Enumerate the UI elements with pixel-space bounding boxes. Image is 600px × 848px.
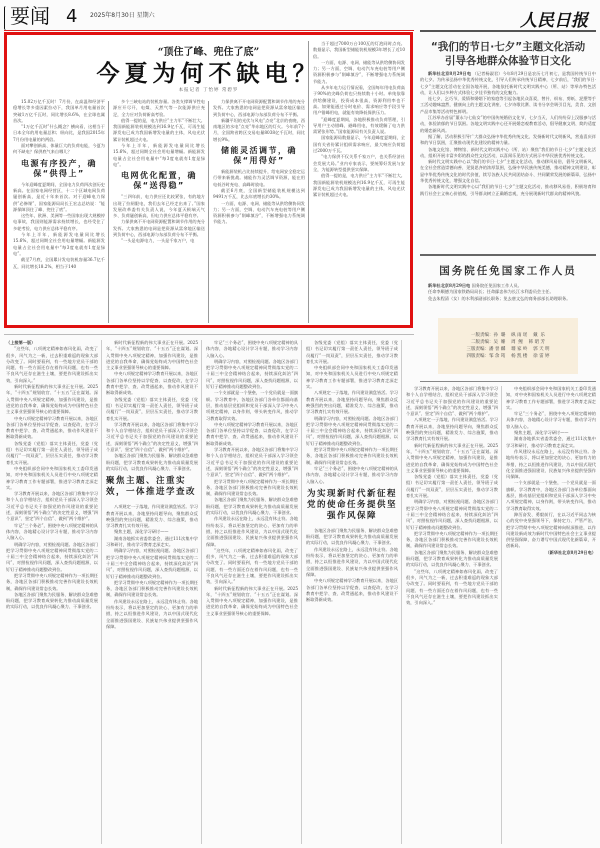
subheading: 储能灵活调节，确保“用得好”: [213, 146, 305, 166]
editor-row: 四版责编：邹 余 筠 杨 凯 楼 徐 雷 婷: [438, 353, 578, 360]
qixi-headline-line1[interactable]: “我们的节日·七夕”主题文化活动: [420, 40, 596, 54]
paragraph: 把学习贯彻中央八项规定精神作为一项长期任务，各地区各部门积极推动完善作风建设长效…: [306, 447, 398, 466]
paragraph: 江苏举办首届“董永与七仙女”的中国传统婚俗文化节，七夕当天，人们纷纷穿上汉服参与…: [420, 115, 596, 134]
lead-column-4: 当于超过7000万台100瓦的灯泡同时点亮。数据显示，我国新型储能装机规模3年增…: [313, 41, 405, 325]
paragraph: 力保供离不开电网资源配置和调节作用的充分发挥。大家熟悉的电网是把资源从富余地区输…: [213, 99, 305, 118]
paragraph: 学习教育开展以来，各地区各部门将集中学习和个人自学相结合，组织党员干部深入学习领…: [106, 422, 198, 453]
paragraph: 新时代新征程新的伟大事业正在开展。2025年，“十四五”规划收官、“十五五”正在…: [206, 586, 298, 617]
paragraph: 免去朱程清（女）的水利部副部长职务；免去唐文弘的商务部部长助理职务。: [420, 296, 596, 302]
paragraph: 八项规定一子落地，作风建设满盘皆活。学习教育开展以来，各地坚持问题导向，聚焦群众…: [106, 504, 198, 529]
paragraph: 明确学习内容，对照检视问题。各地区各部门把学习贯彻中央八项规定精神同贯彻落实党的…: [306, 416, 398, 447]
column-divider: [401, 340, 402, 844]
qixi-headline-line2[interactable]: 引导各地群众体验节日文化: [420, 54, 596, 68]
lower-column-5: 学习教育开展以来，各地区各部门将集中学习和个人自学相结合，组织党员干部深入学习领…: [406, 386, 498, 844]
lead-column-3: 力保供离不开电网资源配置和调节作用的充分发挥。大家熟悉的电网是把资源从富余地区输…: [213, 99, 305, 325]
paragraph: 牢记“三个务必”，围绕中央八项规定精神的具体内容，各地精心设计学习专题，推动学习…: [306, 466, 398, 485]
paragraph: “三四年前，电力供应还比较紧张，有的地方出现了拉闸限电，我们去年已经走出来了。”…: [113, 194, 205, 219]
newspaper-page: 要闻 4 2025年8月30日 星期六 人民日报 “顶住了峰、兜住了底” 今夏为…: [0, 0, 600, 848]
paragraph: 牢记“三个务必”，围绕中央八项规定精神的具体内容，各地精心设计学习专题，推动学习…: [506, 411, 596, 430]
section-rule: [4, 334, 414, 335]
lower-column-3: 牢记“三个务必”，围绕中央八项规定精神的具体内容，各地精心设计学习专题，推动学习…: [206, 340, 298, 844]
dateline: 新华社北京8月29日电: [428, 71, 471, 76]
masthead-rule-gray: [420, 30, 596, 32]
newspaper-logo: 人民日报: [520, 6, 588, 31]
paragraph: 中央组织部会同中央和国家机关工委印发通知，对中央和国家机关人员进行中央八项规定精…: [506, 386, 596, 411]
paragraph: 各地区各部门聚焦为民服务、解决群众急难愁盼问题，把学习教育成果转化为推动高质量发…: [106, 453, 198, 472]
subheading: 电网优化配置，确保“送得稳”: [113, 171, 205, 191]
paragraph: 各地文化馆、博物馆、新时代文明实践中心（所、站）聚焦“我们的节日·七夕”主题文化…: [420, 147, 596, 160]
section-bracket: [4, 6, 8, 30]
paragraph: 各地区各部门聚焦为民服务、解决群众急难愁盼问题，把学习教育成果转化为推动高质量发…: [206, 497, 298, 516]
paragraph: 一方面，电源、电网、储能等从供给侧协同发力；另一方面，空调、电动汽车充电桩等用户…: [313, 60, 405, 85]
editor-row: 二版责编：吴 姗 周 鲤 韩 昭 芳: [438, 339, 578, 346]
paragraph: 今年迎峰度夏期间，全国电力负荷四次创历史新高。在国家电网经营区，十二个区域电网负…: [13, 182, 105, 213]
masthead: 要闻 4 2025年8月30日 星期六 人民日报: [4, 4, 596, 28]
paragraph: 国务院任免国家工作人员。: [472, 283, 522, 288]
paragraph: 中央八项规定精神学习教育开展以来，各地区各部门各单位坚持以学促查、以查促改，在学…: [6, 416, 98, 441]
paragraph: 值得一提的是，电力供应“主力军”不断壮大。我国新能源装机规模达到16.9亿千瓦，…: [313, 173, 405, 198]
paragraph: 国家能源局数据显示，今年迎峰度夏期间，全国有关省份累计组织需求响应，最大响应负荷…: [313, 135, 405, 154]
paragraph: 各级党委（党组）落实主体责任，党委（党组）书记切实履行第一责任人责任，领导班子成…: [6, 441, 98, 466]
paragraph: 中央组织部会同中央和国家机关工委印发通知，对中央和国家机关人员进行中央八项规定精…: [6, 466, 98, 491]
paragraph: 明确学习内容，对照检视问题。各地区各部门把学习贯彻中央八项规定精神同贯彻落实党的…: [106, 548, 198, 579]
dateline: 新华社北京8月29日电: [428, 283, 470, 288]
appointments-body: 新华社北京8月29日电 国务院任免国家工作人员。 任命李顺德为国家铁路局局长；任…: [420, 283, 596, 315]
paragraph: “迎峰度夏期间，各地积极推动负荷管理，引导用户主动错峰、避峰用电，有效缓解了电力…: [313, 117, 405, 136]
subheading: 为实现新时代新征程党的使命任务提供坚强作风保障: [306, 489, 398, 522]
column-divider: [201, 340, 202, 844]
paragraph: 新时代文明实践中心以“我们的节日·七夕”主题文化活动，推动移风易俗，倡导文明新风…: [420, 159, 596, 184]
paragraph: 学习教育开展以来，各地区各部门将集中学习和个人自学相结合，组织党员干部深入学习领…: [406, 386, 498, 417]
page-number: 4: [66, 5, 77, 29]
column-divider: [301, 340, 302, 844]
paragraph: “1万亿千瓦时”什么概念？横向看，这相当于日本全年的用电量总和；纵向比，是我国2…: [13, 124, 105, 143]
section-rule: [420, 381, 596, 382]
lower-column-4: 各级党委（党组）落实主体责任，党委（党组）书记切实履行第一责任人责任，领导班子成…: [306, 340, 398, 844]
paragraph: “这些年，八项规定精神如春风化雨，改变了很多，风气为之一新，过去积重难返的现象大…: [6, 346, 98, 384]
paragraph: 作风建设永远在路上，永远没有休止符。各地纷纷表示，将以更加坚定的决心、更加有力的…: [506, 449, 596, 480]
subheading: 电源有序投产，确保“供得上”: [13, 159, 105, 179]
paragraph: 截至6月底，全国新型储能装机规模达到9491万千瓦，比去年底增长约30%。: [213, 188, 305, 201]
lower-column-1: （上接第一版） “这些年，八项规定精神如春风化雨，改变了很多，风气为之一新，过去…: [6, 340, 98, 844]
paragraph: 今年上半年，新能源发电量同比增长15.6%，超过同期全社会用电量增幅。新能源发电…: [13, 232, 105, 257]
paragraph: 八项规定一子落地，作风建设满盘皆活。学习教育开展以来，各地坚持问题导向，聚焦群众…: [306, 390, 398, 415]
qixi-body: 新华社北京8月29日电 （记者杨淑君）今年8月29日是农历七月初七，是我国传统节…: [420, 71, 596, 293]
paragraph: 15.02万亿千瓦时！7月份，在高温和经济平稳增长等多重因素拉动下，我国单月用电…: [13, 99, 105, 124]
paragraph: 新疆平坦的光伏与风电“点亮”北京的夜晚，西南地区的水电“点亮”华东地区的灯火。今…: [213, 118, 305, 143]
lead-column-2: 多个三峡电站的装机容量。各类支撑调节性电源应开尽开，电煤、天然气等一次能源供应充…: [113, 99, 205, 325]
paragraph: 中央八项规定精神学习教育开展以来，各地区各部门各单位坚持以学促查、以查促改，在学…: [206, 422, 298, 447]
editor-row: 一版责编：孙 璐 纵 雨 瑶 戴 乐: [438, 332, 578, 339]
paragraph: 当于超过7000万台100瓦的灯泡同时点亮。数据显示，我国新型储能装机规模3年增…: [313, 41, 405, 60]
paragraph: 一方面，电源、电网、储能等从供给侧协同发力；另一方面，空调、电动汽车充电桩等用户…: [213, 201, 305, 226]
paragraph: 把学习贯彻中央八项规定精神作为一项长期任务，各地区各部门积极推动完善作风建设长效…: [106, 580, 198, 599]
paragraph: 面对攀创新高、体量巨大的负荷电能，今夏为何不缺电？保供底气来自哪儿？: [13, 143, 105, 156]
paragraph: 牢记“三个务必”，围绕中央八项规定精神的具体内容，各地精心设计学习专题，推动学习…: [206, 340, 298, 359]
paragraph: 一个支部就是一个堡垒，一个党员就是一面旗帜。学习教育中，各地区各部门各单位都面向…: [206, 390, 298, 421]
paragraph: 新能源装机占比持续提升，给电网安全稳定运行带来新挑战。储能作为灵活调节资源，能在…: [213, 169, 305, 188]
paragraph: 明确学习内容，对照检视问题。各地区各部门把学习贯彻中央八项规定精神同贯彻落实党的…: [206, 359, 298, 390]
paragraph: 从多年电力运行情况看，全国每年用电负荷高于90%的尖峰负荷也只持续数十小时。单纯…: [313, 85, 405, 116]
lower-column-2: 新时代新征程新的伟大事业正在开展。2025年，“十四五”规划收官、“十五五”正在…: [106, 340, 198, 844]
paragraph: 把学习贯彻中央八项规定精神作为一项长期任务，各地区各部门积极推动完善作风建设长效…: [6, 573, 98, 592]
paragraph: 连七夕、乞巧节，爱情和婚姻下的家庭等引起各地民众喜爱，曾针、织布、剪纸、泥塑等手…: [420, 96, 596, 115]
paragraph: 各级党委（党组）落实主体责任，党委（党组）书记切实履行第一责任人责任，领导班子成…: [406, 474, 498, 499]
paragraph: 把学习贯彻中央八项规定精神作为一项长期任务，各地区各部门积极推动完善作风建设长效…: [406, 531, 498, 550]
subheading: 聚焦主题、注重实效，一体推进学查改: [106, 476, 198, 498]
paragraph: 各地区各部门聚焦为民服务、解决群众急难愁盼问题，把学习教育成果转化为推动高质量发…: [306, 528, 398, 547]
paragraph: 据了解，活动积极引导广大群众弘扬中华优秀传统文化、发扬新时代文明新风，营造喜庆祥…: [420, 134, 596, 147]
lead-story-box[interactable]: “顶住了峰、兜住了底” 今夏为何不缺电？ 本报记者 丁怡婷 常碧罗 15.02万…: [4, 32, 413, 328]
paragraph: 各地区各部门聚焦为民服务、解决群众急难愁盼问题，把学习教育成果转化为推动高质量发…: [406, 550, 498, 569]
paragraph: “一头是电源电力，一头是千家万户，电: [113, 238, 205, 244]
lower-column-6: 中央组织部会同中央和国家机关工委印发通知，对中央和国家机关人员进行中央八项规定精…: [506, 386, 596, 844]
column-divider: [501, 386, 502, 844]
paragraph: 把学习贯彻中央八项规定精神作为一项长期任务，各地区各部门积极推动完善作风建设长效…: [206, 479, 298, 498]
paragraph: 各级党委（党组）落实主体责任，党委（党组）书记切实履行第一责任人责任，领导班子成…: [306, 340, 398, 365]
paragraph: “这些年，八项规定精神如春风化雨，改变了很多，风气为之一新，过去积重难返的现象大…: [206, 548, 298, 586]
paragraph: 新时代新征程新的伟大事业正在开展。2025年，“十四五”规划收官、“十五五”正在…: [106, 340, 198, 371]
paragraph: 湖南各地抓实省委常委会，通过111次集中学习和研讨，推动学习教育走深走实。: [106, 536, 198, 549]
paragraph: 中央八项规定精神学习教育开展以来，各地区各部门各单位坚持以学促查、以查促改，在学…: [106, 371, 198, 396]
paragraph: 各级党委（党组）落实主体责任，党委（党组）书记切实履行第一责任人责任，领导班子成…: [106, 397, 198, 422]
column-divider: [208, 101, 209, 323]
paragraph: 学习教育开展以来，各地区各部门将集中学习和个人自学相结合，组织党员干部深入学习领…: [206, 447, 298, 478]
paragraph: 作风建设永远在路上，永远没有休止符。各地纷纷表示，将以更加坚定的决心、更加有力的…: [306, 547, 398, 578]
paragraph: “这些年，八项规定精神如春风化雨，改变了很多，风气为之一新，过去积重难返的现象大…: [406, 569, 498, 607]
issue-date: 2025年8月30日 星期六: [90, 11, 155, 21]
paragraph: 新时代新征程新的伟大事业正在开展。2025年，“十四五”规划收官、“十五五”正在…: [6, 384, 98, 415]
section-title: 要闻: [10, 4, 50, 28]
column-divider: [108, 101, 109, 323]
paragraph: 作风建设永远在路上，永远没有休止符。各地纷纷表示，将以更加坚定的决心、更加有力的…: [206, 516, 298, 547]
paragraph: 各地新时代文明实践中心以“我们的节日·七夕”主题文化活动，推动移风易俗，积极培育…: [420, 184, 596, 197]
paragraph: 明确学习内容，对照检视问题。各地区各部门把学习贯彻中央八项规定精神同贯彻落实党的…: [406, 499, 498, 530]
appointments-headline[interactable]: 国务院任免国家工作人员: [420, 264, 596, 278]
paragraph: 今年上半年，新能源发电量同比增长15.6%，超过同期全社会用电量增幅。新能源发电…: [113, 143, 205, 168]
paragraph: 一个支部就是一个堡垒，一个党员就是一面旗帜。学习教育中，各地区各部门各单位都面向…: [506, 480, 596, 511]
paragraph: 中央组织部会同中央和国家机关工委印发通知，对中央和国家机关人员进行中央八项规定精…: [306, 365, 398, 390]
paragraph: 新时代新征程新的伟大事业正在开展。2025年，“十四五”规划收官、“十五五”正在…: [406, 443, 498, 474]
paragraph: 这些年，欧洲、美洲等一些国家出现大规模停电事故，我国则能源需求持续增长，也经受住…: [13, 213, 105, 232]
editors-box: 一版责编：孙 璐 纵 雨 瑶 戴 乐 二版责编：吴 姗 周 鲤 韩 昭 芳 三版…: [438, 318, 578, 374]
paragraph: 截至7月底，全国累计发电装机容量36.7亿千瓦，同比增长18.2%，相当于140: [13, 257, 105, 270]
sign-off: （新华社北京8月29日电）: [506, 550, 596, 556]
paragraph: 值得一提的是，电力供应“主力军”不断壮大。我国新能源装机规模达到16.9亿千瓦，…: [113, 118, 205, 143]
paragraph: 作风建设永远在路上，永远没有休止符。各地纷纷表示，将以更加坚定的决心、更加有力的…: [106, 599, 198, 630]
story-separator: [420, 254, 596, 256]
paragraph: 湖南各地抓实省委常委会，通过111次集中学习和研讨，推动学习教育走深走实。: [506, 436, 596, 449]
editor-row: 三版责编：潘 誉 麟 璩 家 岭 郭 天 明: [438, 346, 578, 353]
lead-column-1: 15.02万亿千瓦时！7月份，在高温和经济平稳增长等多重因素拉动下，我国单月用电…: [13, 99, 105, 325]
paragraph: “电力保供不仅关系千家万户，也关系经济社会发展大局。”业内专家表示，要统筹好发展…: [313, 154, 405, 173]
appointments-story[interactable]: 国务院任免国家工作人员 新华社北京8月29日电 国务院任免国家工作人员。 任命李…: [420, 264, 596, 315]
paragraph: 牢记“三个务必”，围绕中央八项规定精神的具体内容，各地精心设计学习专题，推动学习…: [6, 523, 98, 542]
paragraph: 多个三峡电站的装机容量。各类支撑调节性电源应开尽开，电煤、天然气等一次能源供应充…: [113, 99, 205, 118]
paragraph: 踔厉奋发、勇毅前行，在以习近平同志为核心的党中央坚强领导下，保持定力、严管严治，…: [506, 512, 596, 550]
paragraph: 力保供离不开电网资源配置和调节作用的充分发挥。大家熟悉的电网是把资源从富余地区输…: [113, 219, 205, 238]
paragraph: 学习教育开展以来，各地区各部门将集中学习和个人自学相结合，组织党员干部深入学习领…: [6, 491, 98, 522]
paragraph: 各地区各部门聚焦为民服务、解决群众急难愁盼问题，把学习教育成果转化为推动高质量发…: [6, 592, 98, 611]
masthead-rule-red: [4, 30, 414, 31]
column-divider: [101, 340, 102, 844]
paragraph: 中央八项规定精神学习教育开展以来，各地区各部门各单位坚持以学促查、以查促改，在学…: [306, 578, 398, 603]
paragraph: 八项规定一子落地，作风建设满盘皆活。学习教育开展以来，各地坚持问题导向，聚焦群众…: [406, 417, 498, 442]
paragraph: 明确学习内容，对照检视问题。各地区各部门把学习贯彻中央八项规定精神同贯彻落实党的…: [6, 542, 98, 573]
column-divider: [308, 41, 309, 323]
